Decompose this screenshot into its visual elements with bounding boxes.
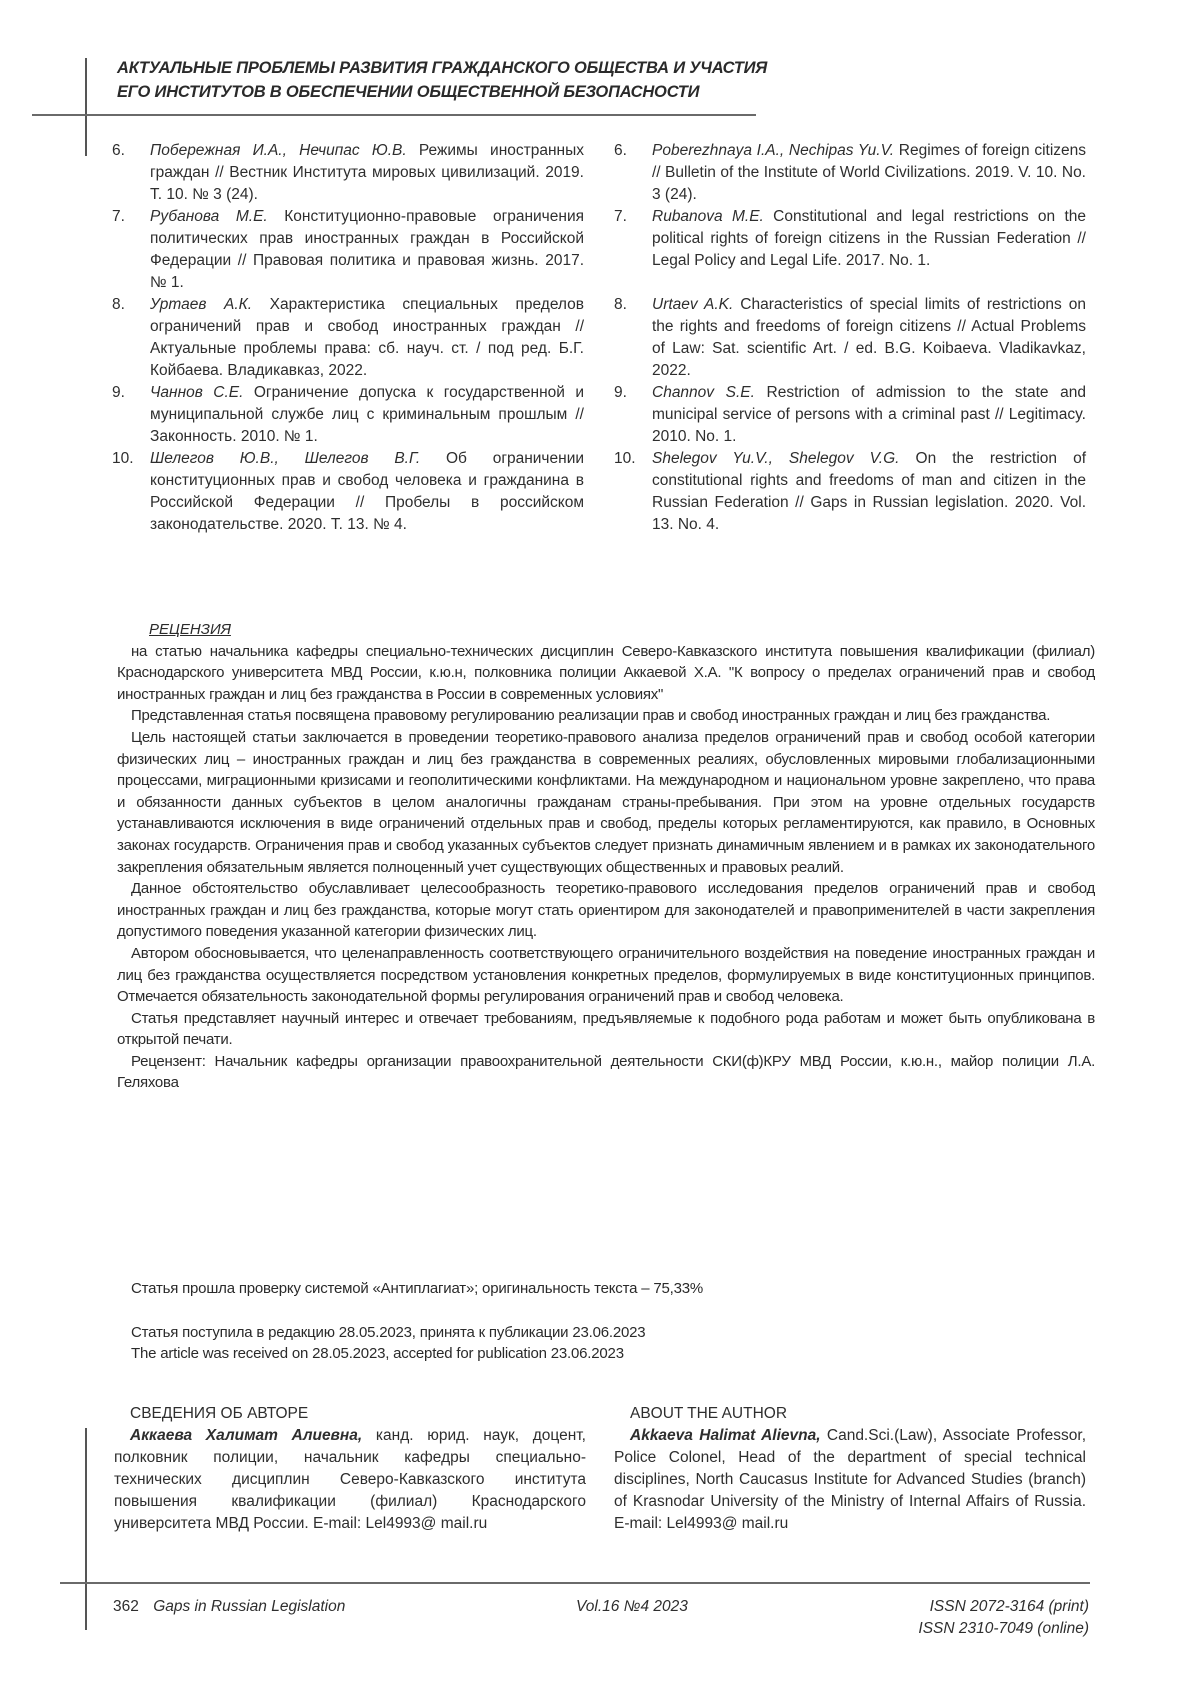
reference-authors: Rubanova M.E. bbox=[652, 208, 764, 225]
reference-number: 9. bbox=[614, 382, 652, 448]
reference-number: 8. bbox=[614, 294, 652, 382]
review-title: РЕЦЕНЗИЯ bbox=[149, 619, 1095, 641]
reference-item: 8.Уртаев А.К. Характеристика специальных… bbox=[112, 294, 584, 382]
reference-authors: Poberezhnaya I.A., Nechipas Yu.V. bbox=[652, 142, 894, 159]
references-russian: 6.Побережная И.А., Нечипас Ю.В. Режимы и… bbox=[112, 140, 584, 536]
reference-authors: Urtaev A.K. bbox=[652, 296, 733, 313]
dates-russian: Статья поступила в редакцию 28.05.2023, … bbox=[131, 1322, 645, 1343]
author-info-russian: СВЕДЕНИЯ ОБ АВТОРЕ Аккаева Халимат Алиев… bbox=[114, 1403, 586, 1535]
review-section: РЕЦЕНЗИЯ на статью начальника кафедры сп… bbox=[117, 619, 1095, 1094]
reference-authors: Channov S.E. bbox=[652, 384, 755, 401]
issn-print: ISSN 2072-3164 (print) bbox=[918, 1596, 1089, 1618]
review-paragraph: Автором обосновывается, что целенаправле… bbox=[117, 943, 1095, 1008]
reference-number: 7. bbox=[614, 206, 652, 272]
reference-number: 10. bbox=[112, 448, 150, 536]
footer-rule bbox=[60, 1582, 1090, 1584]
author-heading: ABOUT THE AUTHOR bbox=[614, 1403, 1086, 1425]
header-rule bbox=[32, 114, 756, 116]
reference-number: 10. bbox=[614, 448, 652, 536]
issn-online: ISSN 2310-7049 (online) bbox=[918, 1618, 1089, 1640]
spacer bbox=[614, 272, 1086, 294]
margin-rule-bottom bbox=[85, 1428, 87, 1630]
reference-number: 6. bbox=[614, 140, 652, 206]
reference-item: 6.Побережная И.А., Нечипас Ю.В. Режимы и… bbox=[112, 140, 584, 206]
references-english: 6.Poberezhnaya I.A., Nechipas Yu.V. Regi… bbox=[614, 140, 1086, 536]
reference-authors: Побережная И.А., Нечипас Ю.В. bbox=[150, 142, 407, 159]
reference-number: 6. bbox=[112, 140, 150, 206]
reference-item: 9.Channov S.E. Restriction of admission … bbox=[614, 382, 1086, 448]
review-paragraph: Представленная статья посвящена правовом… bbox=[117, 705, 1095, 727]
running-head: АКТУАЛЬНЫЕ ПРОБЛЕМЫ РАЗВИТИЯ ГРАЖДАНСКОГ… bbox=[117, 56, 817, 104]
author-heading: СВЕДЕНИЯ ОБ АВТОРЕ bbox=[114, 1403, 586, 1425]
issue-info: Vol.16 №4 2023 bbox=[576, 1596, 688, 1618]
margin-rule-top bbox=[85, 58, 87, 156]
reference-authors: Чаннов С.Е. bbox=[150, 384, 243, 401]
reference-item: 7.Rubanova M.E. Constitutional and legal… bbox=[614, 206, 1086, 272]
footer-left: 362 Gaps in Russian Legislation bbox=[113, 1596, 345, 1618]
dates-english: The article was received on 28.05.2023, … bbox=[131, 1343, 645, 1364]
running-head-line-2: ЕГО ИНСТИТУТОВ В ОБЕСПЕЧЕНИИ ОБЩЕСТВЕННО… bbox=[117, 80, 817, 104]
antiplagiat-note: Статья прошла проверку системой «Антипла… bbox=[131, 1278, 703, 1300]
reference-number: 9. bbox=[112, 382, 150, 448]
page-number: 362 bbox=[113, 1598, 139, 1615]
running-head-line-1: АКТУАЛЬНЫЕ ПРОБЛЕМЫ РАЗВИТИЯ ГРАЖДАНСКОГ… bbox=[117, 56, 817, 80]
reference-item: 8.Urtaev A.K. Characteristics of special… bbox=[614, 294, 1086, 382]
reference-item: 10.Shelegov Yu.V., Shelegov V.G. On the … bbox=[614, 448, 1086, 536]
reference-authors: Рубанова М.Е. bbox=[150, 208, 268, 225]
review-paragraph: Цель настоящей статьи заключается в пров… bbox=[117, 727, 1095, 878]
reference-number: 8. bbox=[112, 294, 150, 382]
review-paragraph: Статья представляет научный интерес и от… bbox=[117, 1008, 1095, 1051]
reference-authors: Уртаев А.К. bbox=[150, 296, 252, 313]
journal-name: Gaps in Russian Legislation bbox=[153, 1598, 345, 1615]
article-dates: Статья поступила в редакцию 28.05.2023, … bbox=[131, 1322, 645, 1364]
author-name: Аккаева Халимат Алиевна, bbox=[130, 1427, 362, 1444]
reference-number: 7. bbox=[112, 206, 150, 294]
reference-item: 7.Рубанова М.Е. Конституционно-правовые … bbox=[112, 206, 584, 294]
reference-authors: Шелегов Ю.В., Шелегов В.Г. bbox=[150, 450, 420, 467]
reference-item: 9.Чаннов С.Е. Ограничение допуска к госу… bbox=[112, 382, 584, 448]
author-name: Akkaeva Halimat Alievna, bbox=[630, 1427, 821, 1444]
reference-item: 6.Poberezhnaya I.A., Nechipas Yu.V. Regi… bbox=[614, 140, 1086, 206]
reviewer-signature: Рецензент: Начальник кафедры организации… bbox=[117, 1051, 1095, 1094]
reference-item: 10.Шелегов Ю.В., Шелегов В.Г. Об огранич… bbox=[112, 448, 584, 536]
reference-authors: Shelegov Yu.V., Shelegov V.G. bbox=[652, 450, 899, 467]
issn-info: ISSN 2072-3164 (print) ISSN 2310-7049 (o… bbox=[918, 1596, 1089, 1640]
review-paragraph: на статью начальника кафедры специально-… bbox=[117, 641, 1095, 706]
review-paragraph: Данное обстоятельство обуславливает целе… bbox=[117, 878, 1095, 943]
author-info-english: ABOUT THE AUTHOR Akkaeva Halimat Alievna… bbox=[614, 1403, 1086, 1535]
